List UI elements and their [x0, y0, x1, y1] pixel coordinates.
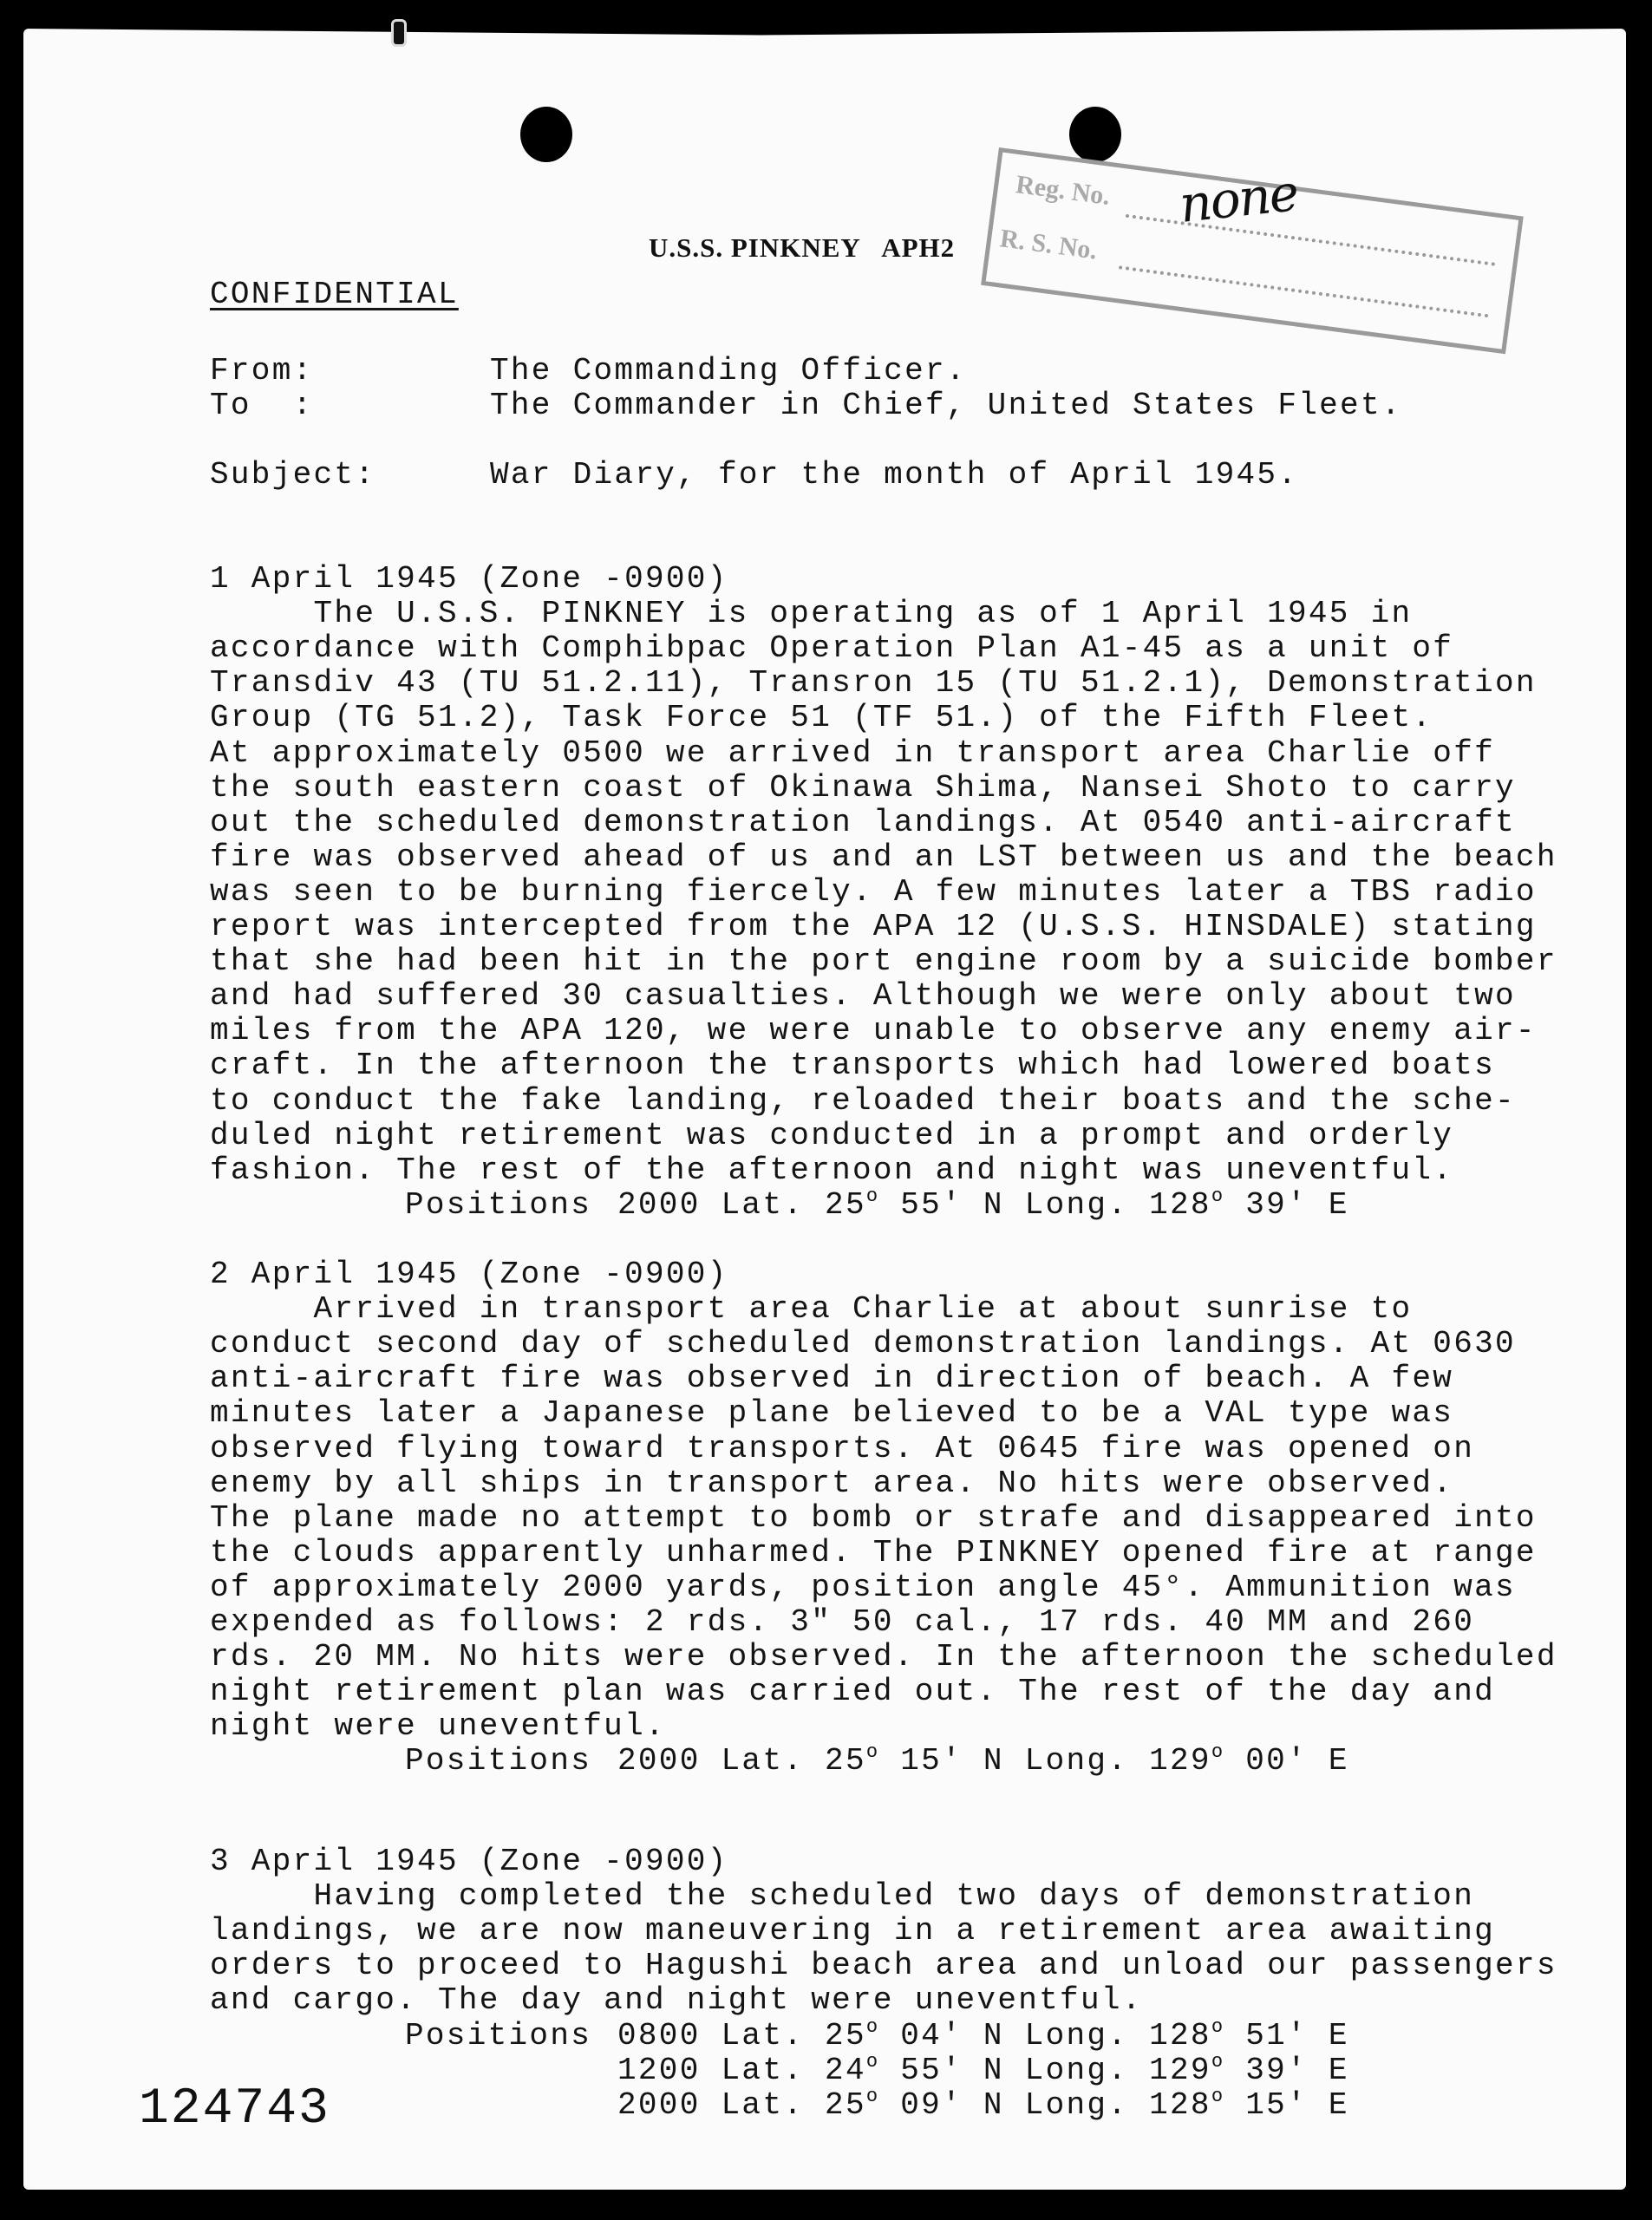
entry-text-line: anti-aircraft fire was observed in direc… [210, 1361, 1453, 1396]
entry-text-line: craft. In the afternoon the transports w… [210, 1048, 1495, 1083]
position-row: 2000 Lat. 25o 09' N Long. 128o 15' E [617, 2088, 1349, 2123]
entry-text-line: orders to proceed to Hagushi beach area … [210, 1949, 1557, 1983]
rs-no-label: R. S. No. [998, 224, 1099, 265]
from-value: The Commanding Officer. [490, 354, 967, 388]
entry-text-line: conduct second day of scheduled demonstr… [210, 1327, 1516, 1361]
entry-text-line: minutes later a Japanese plane believed … [210, 1396, 1453, 1431]
subject-value: War Diary, for the month of April 1945. [490, 458, 1298, 493]
entry-text-line: The plane made no attempt to bomb or str… [210, 1501, 1537, 1536]
entry-text-line: night retirement plan was carried out. T… [210, 1675, 1495, 1709]
rs-no-rule [1119, 265, 1489, 317]
entry-date: 1 April 1945 (Zone -0900) [210, 562, 728, 597]
position-row: 2000 Lat. 25o 55' N Long. 128o 39' E [617, 1188, 1349, 1223]
positions-label: Positions [405, 1188, 591, 1223]
reg-no-label: Reg. No. [1014, 170, 1112, 212]
punch-hole-left [520, 107, 572, 162]
positions-label: Positions [405, 1744, 591, 1779]
entry-text-line: the south eastern coast of Okinawa Shima… [210, 771, 1516, 806]
entry-date: 2 April 1945 (Zone -0900) [210, 1257, 728, 1292]
entry-text-line: Having completed the scheduled two days … [210, 1879, 1474, 1914]
from-label: From: [210, 354, 314, 388]
entry-text-line: of approximately 2000 yards, position an… [210, 1570, 1516, 1605]
entry-text-line: fashion. The rest of the afternoon and n… [210, 1153, 1453, 1188]
entry-text-line: was seen to be burning fiercely. A few m… [210, 875, 1537, 910]
entry-text-line: the clouds apparently unharmed. The PINK… [210, 1536, 1537, 1570]
entry-text-line: miles from the APA 120, we were unable t… [210, 1014, 1537, 1048]
entry-text-line: night were uneventful. [210, 1709, 666, 1744]
classification-label: CONFIDENTIAL [210, 277, 459, 312]
entry-text-line: and had suffered 30 casualties. Although… [210, 979, 1516, 1014]
entry-text-line: The U.S.S. PINKNEY is operating as of 1 … [210, 597, 1412, 631]
entry-text-line: Transdiv 43 (TU 51.2.11), Transron 15 (T… [210, 666, 1537, 701]
entry-text-line: enemy by all ships in transport area. No… [210, 1466, 1453, 1501]
entry-text-line: rds. 20 MM. No hits were observed. In th… [210, 1640, 1557, 1675]
staple-mark [391, 19, 407, 47]
entry-text-line: fire was observed ahead of us and an LST… [210, 840, 1557, 875]
entry-text-line: Arrived in transport area Charlie at abo… [210, 1292, 1412, 1327]
entry-text-line: to conduct the fake landing, reloaded th… [210, 1084, 1516, 1119]
entry-text-line: observed flying toward transports. At 06… [210, 1432, 1474, 1466]
to-value: The Commander in Chief, United States Fl… [490, 388, 1402, 423]
position-row: 0800 Lat. 25o 04' N Long. 128o 51' E [617, 2019, 1349, 2053]
entry-text-line: that she had been hit in the port engine… [210, 944, 1557, 979]
positions-label: Positions [405, 2019, 591, 2053]
entry-text-line: and cargo. The day and night were uneven… [210, 1983, 1143, 2018]
entry-text-line: Group (TG 51.2), Task Force 51 (TF 51.) … [210, 701, 1433, 735]
position-row: 2000 Lat. 25o 15' N Long. 129o 00' E [617, 1744, 1349, 1779]
entry-text-line: expended as follows: 2 rds. 3" 50 cal., … [210, 1605, 1474, 1640]
ship-header: U.S.S. PINKNEY APH2 [649, 232, 955, 264]
entry-text-line: duled night retirement was conducted in … [210, 1119, 1453, 1153]
position-row: 1200 Lat. 24o 55' N Long. 129o 39' E [617, 2053, 1349, 2088]
document-number: 124743 [139, 2081, 330, 2138]
entry-date: 3 April 1945 (Zone -0900) [210, 1845, 728, 1879]
entry-text-line: accordance with Comphibpac Operation Pla… [210, 631, 1453, 666]
entry-text-line: report was intercepted from the APA 12 (… [210, 910, 1537, 944]
handwritten-reg-value: none [1177, 163, 1300, 234]
entry-text-line: out the scheduled demonstration landings… [210, 806, 1516, 840]
to-label: To : [210, 388, 314, 423]
subject-label: Subject: [210, 458, 375, 493]
entry-text-line: landings, we are now maneuvering in a re… [210, 1914, 1495, 1949]
entry-text-line: At approximately 0500 we arrived in tran… [210, 736, 1495, 771]
punch-hole-right [1069, 107, 1121, 162]
